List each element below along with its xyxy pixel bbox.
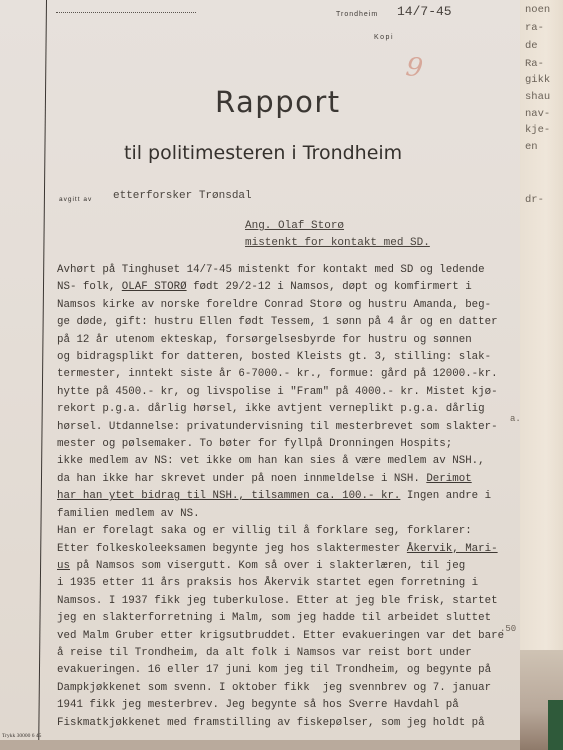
copy-label: Kopi bbox=[374, 34, 394, 41]
body-line: familien medlem av NS. bbox=[57, 506, 517, 523]
body-line: på 12 år utenom ekteskap, forsørgelsesby… bbox=[57, 332, 517, 349]
regarding-block: Ang. Olaf Storø mistenkt for kontakt med… bbox=[245, 218, 430, 252]
underlying-fragment: kje- bbox=[525, 124, 550, 137]
body-line: Avhørt på Tinghuset 14/7-45 mistenkt for… bbox=[57, 262, 517, 279]
body-line: og bidragsplikt for datteren, bosted Kle… bbox=[57, 349, 517, 366]
underlying-fragment: en bbox=[525, 141, 538, 154]
page-title: Rapport bbox=[215, 85, 341, 119]
body-line: Namsos kirke av norske foreldre Conrad S… bbox=[57, 297, 517, 314]
body-line: Namsos. I 1937 fikk jeg tuberkulose. Ett… bbox=[57, 593, 517, 610]
body-line: us på Namsos som visergutt. Kom så over … bbox=[57, 558, 517, 575]
body-line: ikke medlem av NS: vet ikke om han kan s… bbox=[57, 453, 517, 470]
body-line: Etter folkeskoleeksamen begynte jeg hos … bbox=[57, 541, 517, 558]
body-line: har han ytet bidrag til NSH., tilsammen … bbox=[57, 488, 517, 505]
body-line: hørsel. Utdannelse: privatundervisning t… bbox=[57, 419, 517, 436]
page-edge-shadow bbox=[0, 740, 520, 750]
body-line: hytte på 4500.- kr, og livspolise i "Fra… bbox=[57, 384, 517, 401]
body-line: Fiskmatkjøkkenet med framstilling av fis… bbox=[57, 715, 517, 732]
header-date: 14/7-45 bbox=[397, 4, 452, 19]
body-line: Dampkjøkkenet som svenn. I oktober fikk … bbox=[57, 680, 517, 697]
body-line: evakueringen. 16 eller 17 juni kom jeg t… bbox=[57, 662, 517, 679]
underlying-fragment: gikk bbox=[525, 74, 550, 87]
regarding-reason: mistenkt for kontakt med SD. bbox=[245, 235, 430, 252]
report-body: Avhørt på Tinghuset 14/7-45 mistenkt for… bbox=[57, 262, 517, 732]
margin-rule bbox=[38, 0, 47, 745]
underlying-fragment: noen bbox=[525, 4, 550, 17]
body-line: NS- folk, OLAF STORØ født 29/2-12 i Nams… bbox=[57, 279, 517, 296]
print-code: Trykk 30000 6 45 bbox=[2, 733, 41, 739]
body-line: mester og pølsemaker. To bøter for fyllp… bbox=[57, 436, 517, 453]
submitted-by-label: avgitt av bbox=[59, 196, 92, 203]
body-line: Han er forelagt saka og er villig til å … bbox=[57, 523, 517, 540]
underlying-fragment: shau bbox=[525, 91, 550, 104]
underlying-fragment: Ra- bbox=[525, 58, 544, 71]
body-line: 1941 fikk jeg mesterbrev. Jeg begynte så… bbox=[57, 697, 517, 714]
background-object bbox=[548, 700, 563, 750]
underlying-fragment: nav- bbox=[525, 108, 550, 121]
body-line: å reise til Trondheim, da alt folk i Nam… bbox=[57, 645, 517, 662]
margin-note: a. bbox=[510, 414, 521, 424]
underlying-fragment: ra- bbox=[525, 22, 544, 35]
page-mark: 9 bbox=[404, 52, 425, 84]
underlying-page: noen ra- de Ra- gikk shau nav- kje- en d… bbox=[518, 0, 563, 750]
body-line: i 1935 etter 11 års praksis hos Åkervik … bbox=[57, 575, 517, 592]
body-line: ge døde, gift: hustru Ellen født Tessem,… bbox=[57, 314, 517, 331]
header-location: Trondheim bbox=[336, 11, 378, 18]
dotted-line bbox=[56, 12, 196, 13]
underlying-fragment: dr- bbox=[525, 194, 544, 207]
body-line: da han ikke har skrevet under på noen in… bbox=[57, 471, 517, 488]
body-line: ved Malm Gruber etter krigsutbruddet. Et… bbox=[57, 628, 517, 645]
page-subtitle: til politimesteren i Trondheim bbox=[124, 142, 402, 164]
submitted-by-value: etterforsker Trønsdal bbox=[113, 190, 252, 202]
body-line: rekort p.g.a. dårlig hørsel, ikke avtjen… bbox=[57, 401, 517, 418]
body-line: termester, inntekt siste år 6-7000.- kr.… bbox=[57, 366, 517, 383]
margin-note: .50 bbox=[500, 624, 516, 634]
underlying-fragment: de bbox=[525, 40, 538, 53]
regarding-subject: Ang. Olaf Storø bbox=[245, 218, 430, 235]
report-page: Trondheim 14/7-45 Kopi 9 Rapport til pol… bbox=[0, 0, 520, 740]
body-line: jeg en slakterforretning i Malm, som jeg… bbox=[57, 610, 517, 627]
